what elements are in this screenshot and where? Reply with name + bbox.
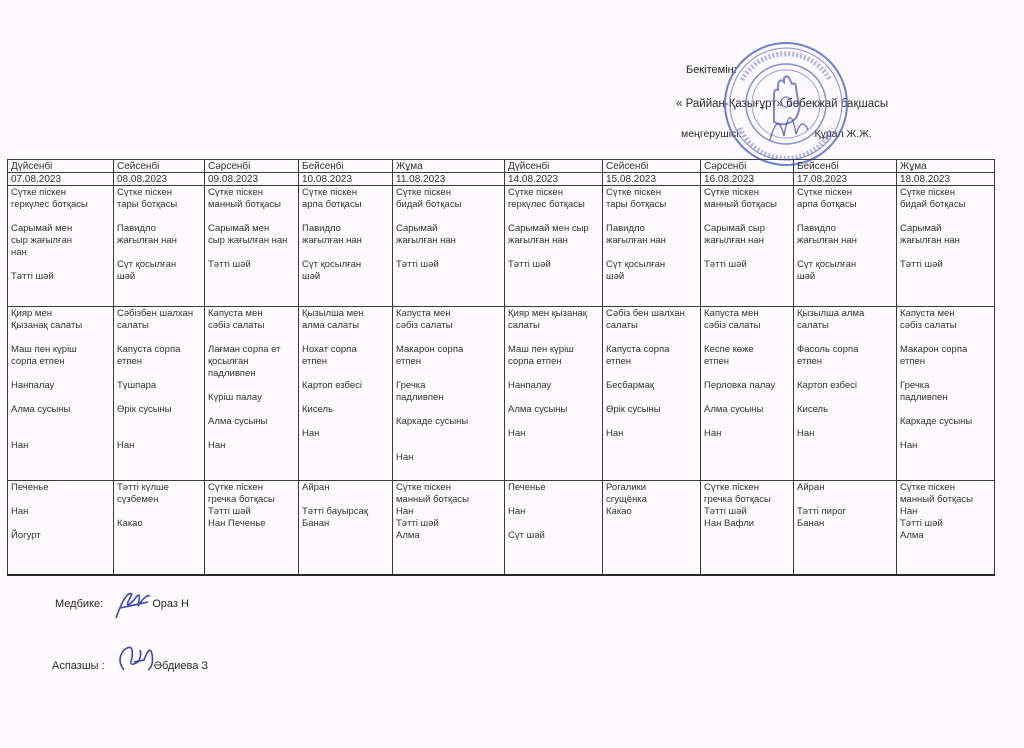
spacer (508, 332, 599, 344)
spacer (508, 494, 599, 506)
spacer (900, 332, 991, 344)
kindergarten-name: « Раййан-Қазығұрт» бөбекжай бақшасы (676, 98, 888, 110)
spacer (117, 416, 201, 428)
dish-item: Каркаде сусыны (900, 416, 991, 428)
snack-cell: Сүтке піскен манный ботқасы Нан Тәтті шә… (897, 481, 995, 576)
dish-item: Кеспе көже етпен (704, 344, 790, 368)
spacer (797, 416, 893, 428)
spacer (396, 332, 501, 344)
spacer (11, 259, 110, 271)
dish-item: Нан (11, 506, 110, 518)
snack-cell: ПеченьеНанСүт шәй (505, 481, 603, 576)
dish-item: Қияр мен Қызанақ салаты (11, 308, 110, 332)
dish-item: Алма сусыны (208, 416, 295, 428)
dish-item: Тәтті шәй (508, 259, 599, 271)
dish-item: Нан (117, 440, 201, 452)
spacer (117, 211, 201, 223)
lunch-cell: Қияр мен қызанақ салатыМаш пен күріш сор… (505, 307, 603, 481)
spacer (208, 247, 295, 259)
date-cell: 16.08.2023 (701, 173, 794, 186)
dish-item: Тәтті шәй (704, 259, 790, 271)
dish-item: Каркаде сусыны (396, 416, 501, 428)
dish-item: Какао (117, 518, 201, 530)
breakfast-cell: Сүтке піскен манный ботқасыСарымай мен с… (205, 186, 299, 307)
breakfast-cell: Сүтке піскен бидай ботқасыСарымай жағылғ… (897, 186, 995, 307)
dish-item: Сүт қосылған шәй (302, 259, 389, 283)
lunch-cell: Сәбіз бен шалхан салатыКапуста сорпа етп… (603, 307, 701, 481)
approval-label: Бекітемін: (686, 64, 737, 76)
breakfast-cell: Сүтке піскен геркүлес ботқасыСарымай мен… (8, 186, 114, 307)
spacer (704, 392, 790, 404)
spacer (704, 416, 790, 428)
dish-item: Картоп езбесі (302, 380, 389, 392)
spacer (606, 368, 697, 380)
spacer (704, 332, 790, 344)
dish-item: Капуста мен сәбіз салаты (396, 308, 501, 332)
spacer (797, 332, 893, 344)
dish-item: Алма сусыны (704, 404, 790, 416)
breakfast-row: Сүтке піскен геркүлес ботқасыСарымай мен… (8, 186, 995, 307)
weekday-cell: Жұма (393, 160, 505, 173)
dish-item: Фасоль сорпа етпен (797, 344, 893, 368)
spacer (396, 211, 501, 223)
dish-item: Сарымай сыр жағылған нан (704, 223, 790, 247)
dish-item: Нан (396, 452, 501, 464)
spacer (302, 416, 389, 428)
spacer (208, 380, 295, 392)
spacer (11, 518, 110, 530)
spacer (302, 494, 389, 506)
head-title: меңгерушісі: (681, 128, 742, 140)
dish-item: Перловка палау (704, 380, 790, 392)
snack-cell: Сүтке піскен манный ботқасы Нан Тәтті шә… (393, 481, 505, 576)
dish-item: Сүтке піскен манный ботқасы Нан Тәтті шә… (900, 482, 991, 542)
dish-item: Бесбармақ (606, 380, 697, 392)
dish-item: Күріш палау (208, 392, 295, 404)
date-cell: 08.08.2023 (114, 173, 205, 186)
dish-item: Нан (208, 440, 295, 452)
dish-item: Павидло жағылған нан (302, 223, 389, 247)
dish-item: Картоп езбесі (797, 380, 893, 392)
spacer (396, 368, 501, 380)
lunch-cell: Қияр мен Қызанақ салатыМаш пен күріш сор… (8, 307, 114, 481)
breakfast-cell: Сүтке піскен манный ботқасыСарымай сыр ж… (701, 186, 794, 307)
spacer (508, 518, 599, 530)
dish-item: Павидло жағылған нан (606, 223, 697, 247)
spacer (797, 211, 893, 223)
dish-item: Сүтке піскен геркүлес ботқасы (11, 187, 110, 211)
dish-item: Сарымай мен сыр жағылған нан (11, 223, 110, 259)
nurse-name: Ораз Н (152, 598, 189, 610)
dish-item: Капуста мен сәбіз салаты (900, 308, 991, 332)
spacer (302, 368, 389, 380)
weekday-cell: Дүйсенбі (505, 160, 603, 173)
dish-item: Тәтті бауырсақ Банан (302, 506, 389, 530)
spacer (704, 247, 790, 259)
spacer (396, 428, 501, 440)
dish-item: Тәтті шәй (208, 259, 295, 271)
spacer (900, 211, 991, 223)
cook-name: Әбдиева З (154, 660, 208, 672)
dish-item: Сүт қосылған шәй (117, 259, 201, 283)
date-cell: 14.08.2023 (505, 173, 603, 186)
snack-cell: АйранТәтті пирог Банан (794, 481, 897, 576)
dish-item: Сүтке піскен тары ботқасы (117, 187, 201, 211)
lunch-cell: Қызылша мен алма салатыНохат сорпа етпен… (299, 307, 393, 481)
spacer (606, 332, 697, 344)
head-name: Құрал Ж.Ж. (814, 128, 871, 140)
spacer (900, 368, 991, 380)
dish-item: Сүтке піскен тары ботқасы (606, 187, 697, 211)
dish-item: Сүтке піскен бидай ботқасы (900, 187, 991, 211)
spacer (11, 392, 110, 404)
breakfast-cell: Сүтке піскен бидай ботқасыСарымай жағылғ… (393, 186, 505, 307)
spacer (900, 404, 991, 416)
spacer (11, 416, 110, 428)
dish-item: Сүтке піскен манный ботқасы (208, 187, 295, 211)
dish-item: Қияр мен қызанақ салаты (508, 308, 599, 332)
dish-item: Сүтке піскен манный ботқасы (704, 187, 790, 211)
dish-item: Павидло жағылған нан (117, 223, 201, 247)
dish-item: Сүтке піскен арпа ботқасы (797, 187, 893, 211)
dish-item: Айран (302, 482, 389, 494)
dish-item: Нан (508, 428, 599, 440)
dish-item: Сүт шәй (508, 530, 599, 542)
spacer (508, 368, 599, 380)
dish-item: Түшпара (117, 380, 201, 392)
dish-item: Маш пен күріш сорпа етпен (508, 344, 599, 368)
spacer (508, 392, 599, 404)
date-header-row: 07.08.202308.08.202309.08.202310.08.2023… (8, 173, 995, 186)
breakfast-cell: Сүтке піскен геркүлес ботқасыСарымай мен… (505, 186, 603, 307)
dish-item: Нан (11, 440, 110, 452)
spacer (117, 428, 201, 440)
dish-item: Нан (797, 428, 893, 440)
dish-item: Капуста сорпа етпен (117, 344, 201, 368)
dish-item: Алма сусыны (11, 404, 110, 416)
dish-item: Гречка падливпен (396, 380, 501, 404)
cook-label: Аспазшы : (52, 660, 105, 672)
dish-item: Нанпалау (11, 380, 110, 392)
spacer (302, 211, 389, 223)
dish-item: Сүт қосылған шәй (606, 259, 697, 283)
dish-item: Йогурт (11, 530, 110, 542)
weekday-cell: Сейсенбі (114, 160, 205, 173)
dish-item: Сарымай жағылған нан (396, 223, 501, 247)
dish-item: Сарымай мен сыр жағылған нан (508, 223, 599, 247)
dish-item: Сүтке піскен гречка ботқасы Тәтті шәй На… (704, 482, 790, 530)
spacer (302, 332, 389, 344)
dish-item: Макарон сорпа етпен (900, 344, 991, 368)
dish-item: Нохат сорпа етпен (302, 344, 389, 368)
spacer (797, 368, 893, 380)
spacer (396, 440, 501, 452)
spacer (11, 332, 110, 344)
dish-item: Капуста сорпа етпен (606, 344, 697, 368)
dish-item: Павидло жағылған нан (797, 223, 893, 247)
date-cell: 10.08.2023 (299, 173, 393, 186)
snack-cell: Сүтке піскен гречка ботқасы Тәтті шәй На… (205, 481, 299, 576)
spacer (704, 368, 790, 380)
spacer (396, 247, 501, 259)
dish-item: Сарымай жағылған нан (900, 223, 991, 247)
snack-cell: Тәтті күлше сүзбеменКакао (114, 481, 205, 576)
weekday-header-row: ДүйсенбіСейсенбіСәрсенбіБейсенбіЖұмаДүйс… (8, 160, 995, 173)
dish-item: Гречка падливпен (900, 380, 991, 404)
lunch-cell: Капуста мен сәбіз салатыКеспе көже етпен… (701, 307, 794, 481)
dish-item: Сәбіз бен шалхан салаты (606, 308, 697, 332)
dish-item: Кисель (302, 404, 389, 416)
breakfast-cell: Сүтке піскен арпа ботқасы Павидло жағылғ… (794, 186, 897, 307)
dish-item: Рогалики сгущёнка Какао (606, 482, 697, 518)
dish-item: Капуста мен сәбіз салаты (208, 308, 295, 332)
weekday-cell: Сәрсенбі (701, 160, 794, 173)
spacer (508, 247, 599, 259)
spacer (117, 368, 201, 380)
head-signature-line: меңгерушісі: Құрал Ж.Ж. (681, 128, 872, 140)
weekday-cell: Дүйсенбі (8, 160, 114, 173)
dish-item: Лағман сорпа ет қосылған падливпен (208, 344, 295, 380)
dish-item: Тәтті күлше сүзбемен (117, 482, 201, 506)
spacer (302, 392, 389, 404)
spacer (208, 211, 295, 223)
date-cell: 17.08.2023 (794, 173, 897, 186)
dish-item: Сүтке піскен гречка ботқасы Тәтті шәй На… (208, 482, 295, 530)
date-cell: 09.08.2023 (205, 173, 299, 186)
lunch-cell: Капуста мен сәбіз салатыЛағман сорпа ет … (205, 307, 299, 481)
spacer (606, 247, 697, 259)
dish-item: Маш пен күріш сорпа етпен (11, 344, 110, 368)
spacer (302, 247, 389, 259)
snack-cell: ПеченьеНанЙогурт (8, 481, 114, 576)
weekday-cell: Жұма (897, 160, 995, 173)
dish-item: Өрік сусыны (117, 404, 201, 416)
lunch-cell: Сәбізбен шалхан салатыКапуста сорпа етпе… (114, 307, 205, 481)
nurse-signature-line: Медбике: Ораз Н (55, 598, 189, 610)
date-cell: 11.08.2023 (393, 173, 505, 186)
lunch-cell: Қызылша алма салатыФасоль сорпа етпенКар… (794, 307, 897, 481)
dish-item: Сүт қосылған шәй (797, 259, 893, 283)
dish-item: Тәтті пирог Банан (797, 506, 893, 530)
weekday-cell: Бейсенбі (299, 160, 393, 173)
snack-cell: Сүтке піскен гречка ботқасы Тәтті шәй На… (701, 481, 794, 576)
dish-item: Өрік сусыны (606, 404, 697, 416)
dish-item: Сүтке піскен манный ботқасы Нан Тәтті шә… (396, 482, 501, 542)
spacer (11, 211, 110, 223)
spacer (900, 247, 991, 259)
dish-item: Нан (302, 428, 389, 440)
date-cell: 07.08.2023 (8, 173, 114, 186)
snack-row: ПеченьеНанЙогуртТәтті күлше сүзбеменКака… (8, 481, 995, 576)
spacer (117, 247, 201, 259)
dish-item: Сүтке піскен геркүлес ботқасы (508, 187, 599, 211)
dish-item: Кисель (797, 404, 893, 416)
dish-item: Нан (900, 440, 991, 452)
dish-item: Алма сусыны (508, 404, 599, 416)
dish-item: Нан (606, 428, 697, 440)
date-cell: 18.08.2023 (897, 173, 995, 186)
spacer (508, 416, 599, 428)
snack-cell: АйранТәтті бауырсақ Банан (299, 481, 393, 576)
dish-item: Макарон сорпа етпен (396, 344, 501, 368)
spacer (208, 332, 295, 344)
breakfast-cell: Сүтке піскен тары ботқасыПавидло жағылға… (603, 186, 701, 307)
dish-item: Тәтті шәй (900, 259, 991, 271)
spacer (117, 392, 201, 404)
dish-item: Тәтті шәй (396, 259, 501, 271)
dish-item: Айран (797, 482, 893, 494)
spacer (606, 416, 697, 428)
weekday-cell: Сәрсенбі (205, 160, 299, 173)
lunch-row: Қияр мен Қызанақ салатыМаш пен күріш сор… (8, 307, 995, 481)
spacer (606, 392, 697, 404)
dish-item: Сүтке піскен бидай ботқасы (396, 187, 501, 211)
dish-item: Капуста мен сәбіз салаты (704, 308, 790, 332)
weekday-cell: Бейсенбі (794, 160, 897, 173)
weekday-cell: Сейсенбі (603, 160, 701, 173)
dish-item: Сарымай мен сыр жағылған нан (208, 223, 295, 247)
dish-item: Сүтке піскен арпа ботқасы (302, 187, 389, 211)
spacer (117, 506, 201, 518)
spacer (900, 428, 991, 440)
breakfast-cell: Сүтке піскен тары ботқасыПавидло жағылға… (114, 186, 205, 307)
spacer (797, 247, 893, 259)
spacer (508, 211, 599, 223)
dish-item: Қызылша мен алма салаты (302, 308, 389, 332)
spacer (797, 494, 893, 506)
lunch-cell: Капуста мен сәбіз салатыМакарон сорпа ет… (897, 307, 995, 481)
dish-item: Печенье (11, 482, 110, 494)
spacer (704, 211, 790, 223)
dish-item: Сәбізбен шалхан салаты (117, 308, 201, 332)
date-cell: 15.08.2023 (603, 173, 701, 186)
spacer (11, 428, 110, 440)
spacer (797, 392, 893, 404)
spacer (11, 368, 110, 380)
dish-item: Нанпалау (508, 380, 599, 392)
breakfast-cell: Сүтке піскен арпа ботқасыПавидло жағылға… (299, 186, 393, 307)
spacer (396, 404, 501, 416)
spacer (11, 494, 110, 506)
spacer (208, 428, 295, 440)
weekly-menu-table: ДүйсенбіСейсенбіСәрсенбіБейсенбіЖұмаДүйс… (7, 159, 995, 576)
nurse-label: Медбике: (55, 598, 103, 610)
dish-item: Нан (508, 506, 599, 518)
spacer (208, 404, 295, 416)
spacer (117, 332, 201, 344)
snack-cell: Рогалики сгущёнка Какао (603, 481, 701, 576)
dish-item: Қызылша алма салаты (797, 308, 893, 332)
dish-item: Печенье (508, 482, 599, 494)
dish-item: Тәтті шәй (11, 271, 110, 283)
spacer (606, 211, 697, 223)
lunch-cell: Капуста мен сәбіз салатыМакарон сорпа ет… (393, 307, 505, 481)
cook-signature-line: Аспазшы : Әбдиева З (52, 660, 208, 672)
dish-item: Нан (704, 428, 790, 440)
